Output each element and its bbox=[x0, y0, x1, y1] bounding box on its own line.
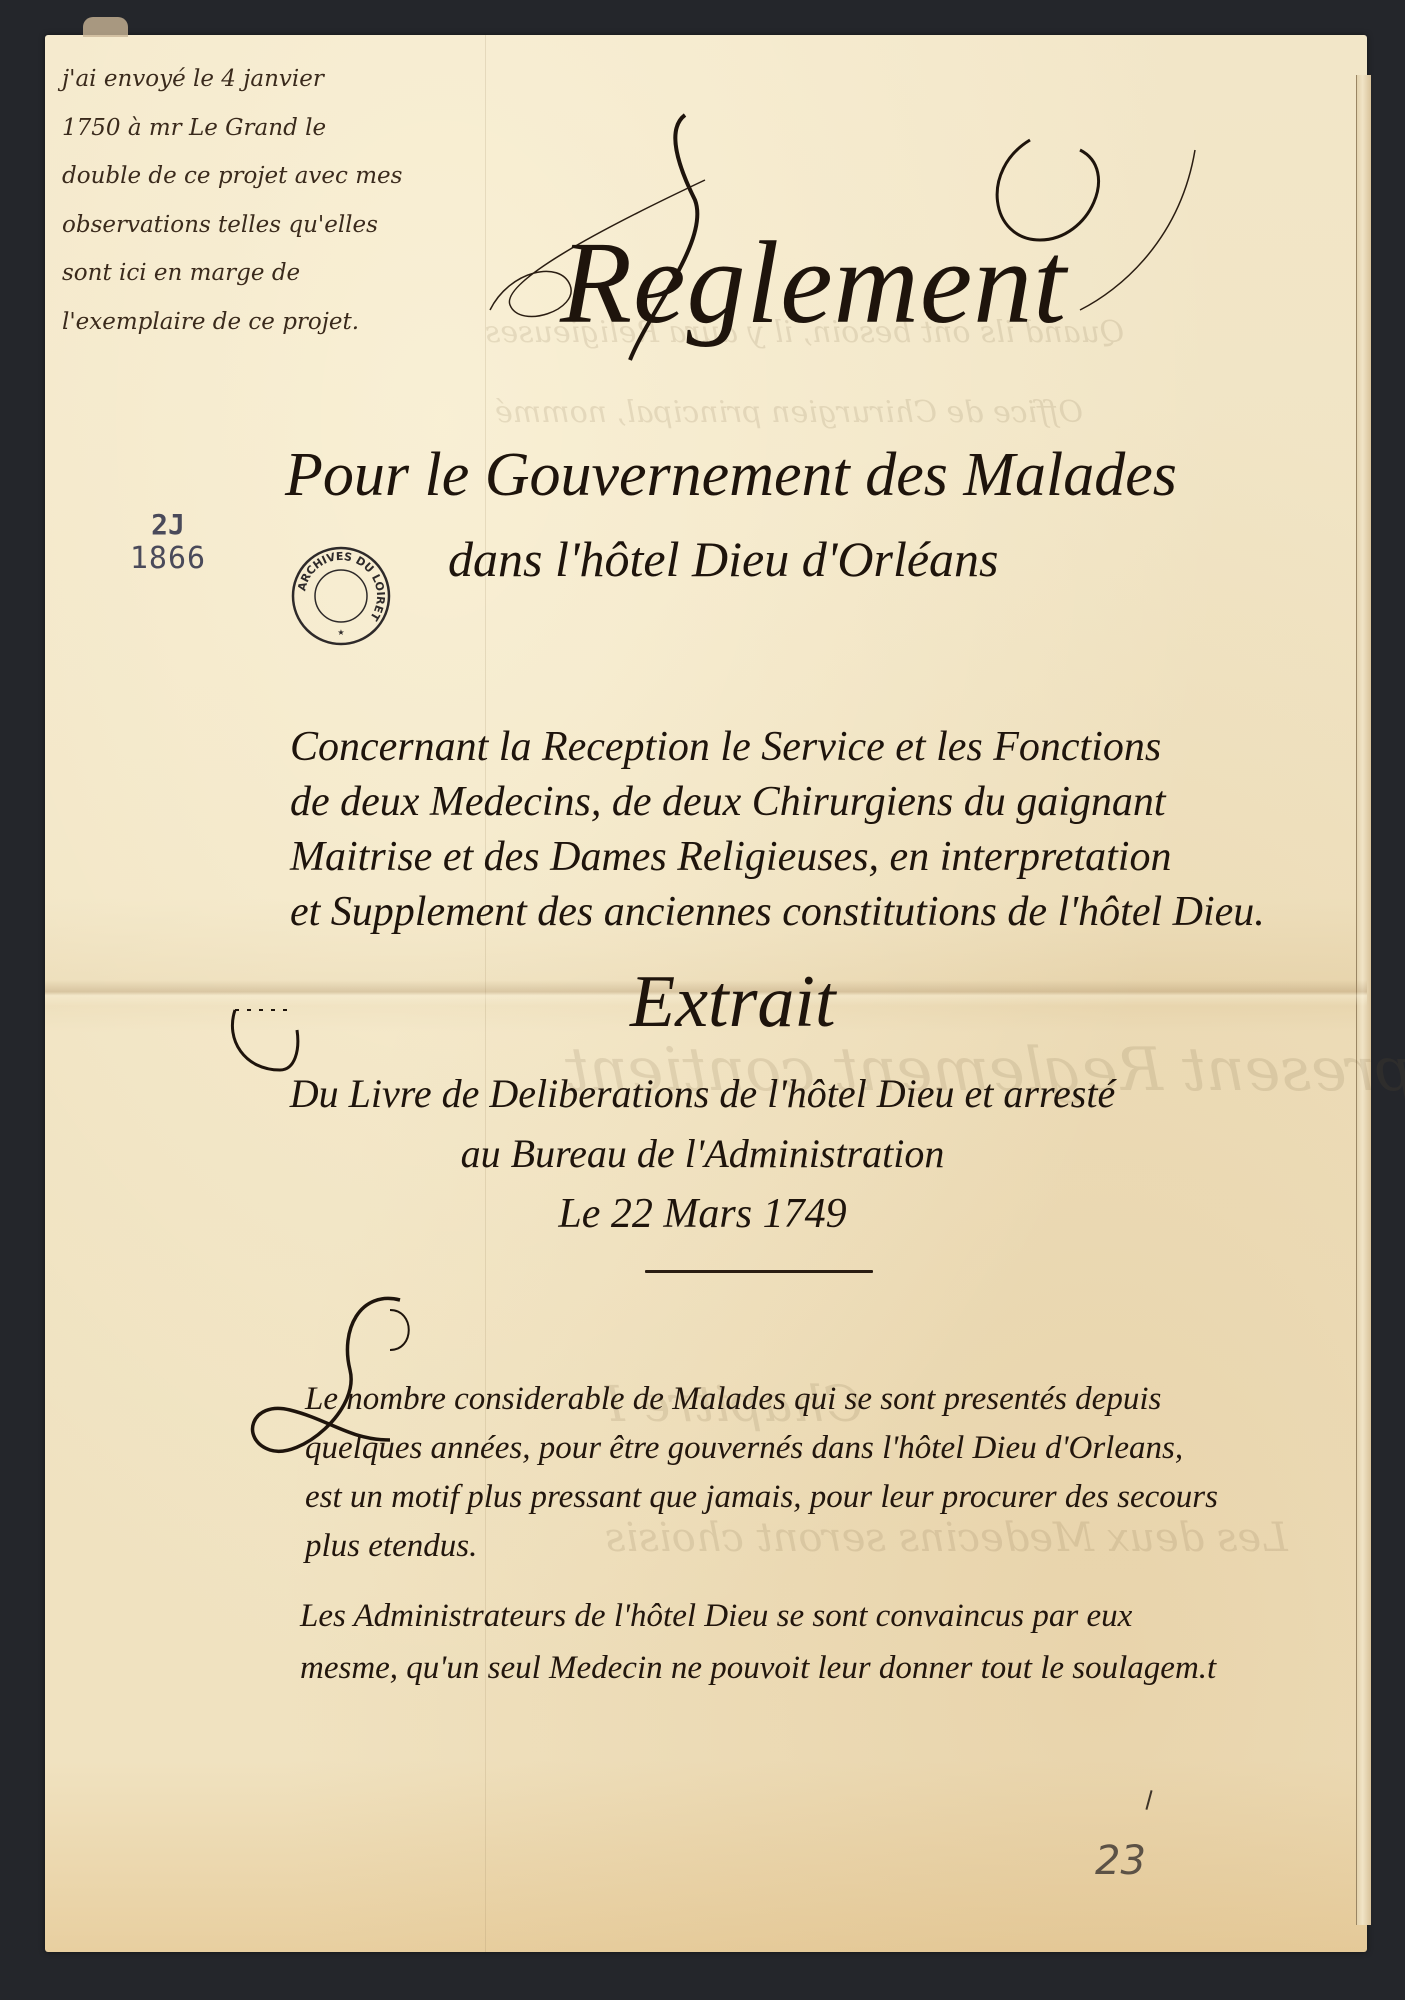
body-line: est un motif plus pressant que jamais, p… bbox=[305, 1473, 1305, 1522]
extract-date: Le 22 Mars 1749 bbox=[0, 1190, 1405, 1238]
heading-line: Maitrise et des Dames Religieuses, en in… bbox=[290, 830, 1250, 885]
folio-number: 23 bbox=[1095, 1838, 1146, 1884]
margin-note-line: l'exemplaire de ce projet. bbox=[62, 298, 472, 347]
margin-note-line: sont ici en marge de bbox=[62, 249, 472, 298]
shelfmark-series: 2J bbox=[118, 508, 218, 542]
shelfmark-number: 1866 bbox=[118, 542, 218, 576]
margin-note-line: 1750 à mr Le Grand le bbox=[62, 104, 472, 153]
heading-line: et Supplement des anciennes constitution… bbox=[290, 885, 1250, 940]
body-line: mesme, qu'un seul Medecin ne pouvoit leu… bbox=[300, 1642, 1300, 1694]
body-line: quelques années, pour être gouvernés dan… bbox=[305, 1424, 1305, 1473]
margin-note-line: observations telles qu'elles bbox=[62, 201, 472, 250]
heading-line: Concernant la Reception le Service et le… bbox=[290, 720, 1250, 775]
body-paragraph-1: Le nombre considerable de Malades qui se… bbox=[305, 1375, 1305, 1571]
title-subline-1: Pour le Gouvernement des Malades bbox=[285, 440, 1177, 511]
extract-line-2: au Bureau de l'Administration bbox=[0, 1130, 1405, 1177]
margin-note-line: j'ai envoyé le 4 janvier bbox=[62, 55, 472, 104]
title-subline-2: dans l'hôtel Dieu d'Orléans bbox=[448, 530, 999, 588]
body-paragraph-2: Les Administrateurs de l'hôtel Dieu se s… bbox=[300, 1590, 1300, 1694]
margin-note-line: double de ce projet avec mes bbox=[62, 152, 472, 201]
body-line: plus etendus. bbox=[305, 1522, 1305, 1571]
document-title: Reglement bbox=[560, 215, 1067, 351]
margin-note: j'ai envoyé le 4 janvier 1750 à mr Le Gr… bbox=[62, 55, 472, 346]
extract-heading: Extrait bbox=[630, 960, 836, 1045]
archive-shelfmark: 2J 1866 bbox=[118, 508, 218, 576]
bleed-through-text: Office de Chirurgien principal, nommé bbox=[495, 395, 1083, 430]
section-divider bbox=[645, 1270, 873, 1273]
archives-stamp-icon: ARCHIVES DU LOIRET ★ bbox=[290, 545, 392, 647]
body-line: Les Administrateurs de l'hôtel Dieu se s… bbox=[300, 1590, 1300, 1642]
heading-line: de deux Medecins, de deux Chirurgiens du… bbox=[290, 775, 1250, 830]
heading-paragraph: Concernant la Reception le Service et le… bbox=[290, 720, 1250, 940]
torn-corner-flap bbox=[83, 17, 128, 37]
decorative-flourish-icon bbox=[225, 1000, 305, 1080]
extract-line-1: Du Livre de Deliberations de l'hôtel Die… bbox=[0, 1070, 1405, 1117]
body-line: Le nombre considerable de Malades qui se… bbox=[305, 1375, 1305, 1424]
svg-text:★: ★ bbox=[337, 628, 344, 637]
